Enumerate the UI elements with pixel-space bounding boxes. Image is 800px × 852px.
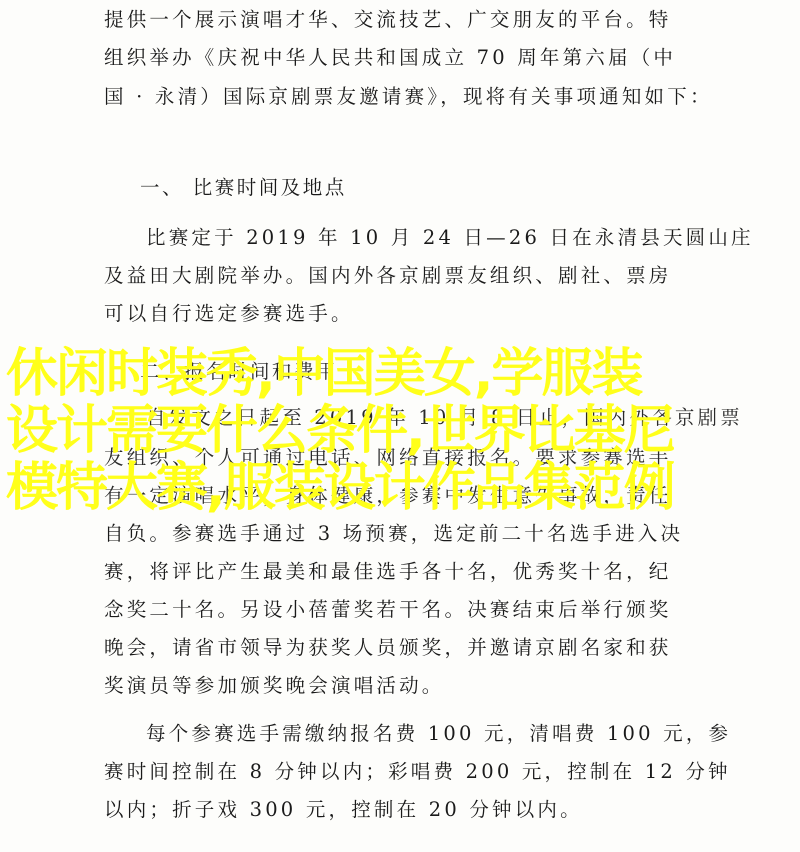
fees-line-3: 以内；折子戏 300 元，控制在 20 分钟以内。 xyxy=(104,798,583,822)
document-page: 提供一个展示演唱才华、交流技艺、广交朋友的平台。特 组织举办《庆祝中华人民共和国… xyxy=(0,0,800,852)
intro-line-1: 提供一个展示演唱才华、交流技艺、广交朋友的平台。特 xyxy=(104,8,672,32)
intro-line-3: 国 · 永清）国际京剧票友邀请赛》，现将有关事项通知如下： xyxy=(104,85,713,109)
yellow-text-overlay: 休闲时装秀,中国美女,学服装 设计需要什么条件,世界比基尼 模特大赛,服装设计作… xyxy=(6,346,800,517)
fees-line-1: 每个参赛选手需缴纳报名费 100 元，清唱费 100 元，参 xyxy=(146,722,731,746)
section-1-line-2: 及益田大剧院举办。国内外各京剧票友组织、剧社、票房 xyxy=(104,264,672,288)
section-1-heading: 一、 比赛时间及地点 xyxy=(140,176,347,200)
section-2-line-8: 奖演员等参加颁奖晚会演唱活动。 xyxy=(104,674,445,698)
section-2-line-7: 晚会，请省市领导为获奖人员颁奖，并邀请京剧名家和获 xyxy=(104,636,672,660)
section-1-line-3: 可以自行选定参赛选手。 xyxy=(104,302,354,326)
section-2-line-5: 赛，将评比产生最美和最佳选手各十名，优秀奖十名，纪 xyxy=(104,560,672,584)
intro-line-2: 组织举办《庆祝中华人民共和国成立 70 周年第六届（中 xyxy=(104,46,676,70)
fees-line-2: 赛时间控制在 8 分钟以内；彩唱费 200 元，控制在 12 分钟 xyxy=(104,760,731,784)
overlay-line-1: 休闲时装秀,中国美女,学服装 xyxy=(6,346,800,403)
section-1-line-1: 比赛定于 2019 年 10 月 24 日—26 日在永清县天圆山庄 xyxy=(146,226,754,250)
overlay-line-3: 模特大赛,服装设计作品集范例 xyxy=(6,460,800,517)
section-2-line-6: 念奖二十名。另设小蓓蕾奖若干名。决赛结束后举行颁奖 xyxy=(104,598,672,622)
section-2-line-4: 自负。参赛选手通过 3 场预赛，选定前二十名选手进入决 xyxy=(104,522,683,546)
overlay-line-2: 设计需要什么条件,世界比基尼 xyxy=(6,403,800,460)
